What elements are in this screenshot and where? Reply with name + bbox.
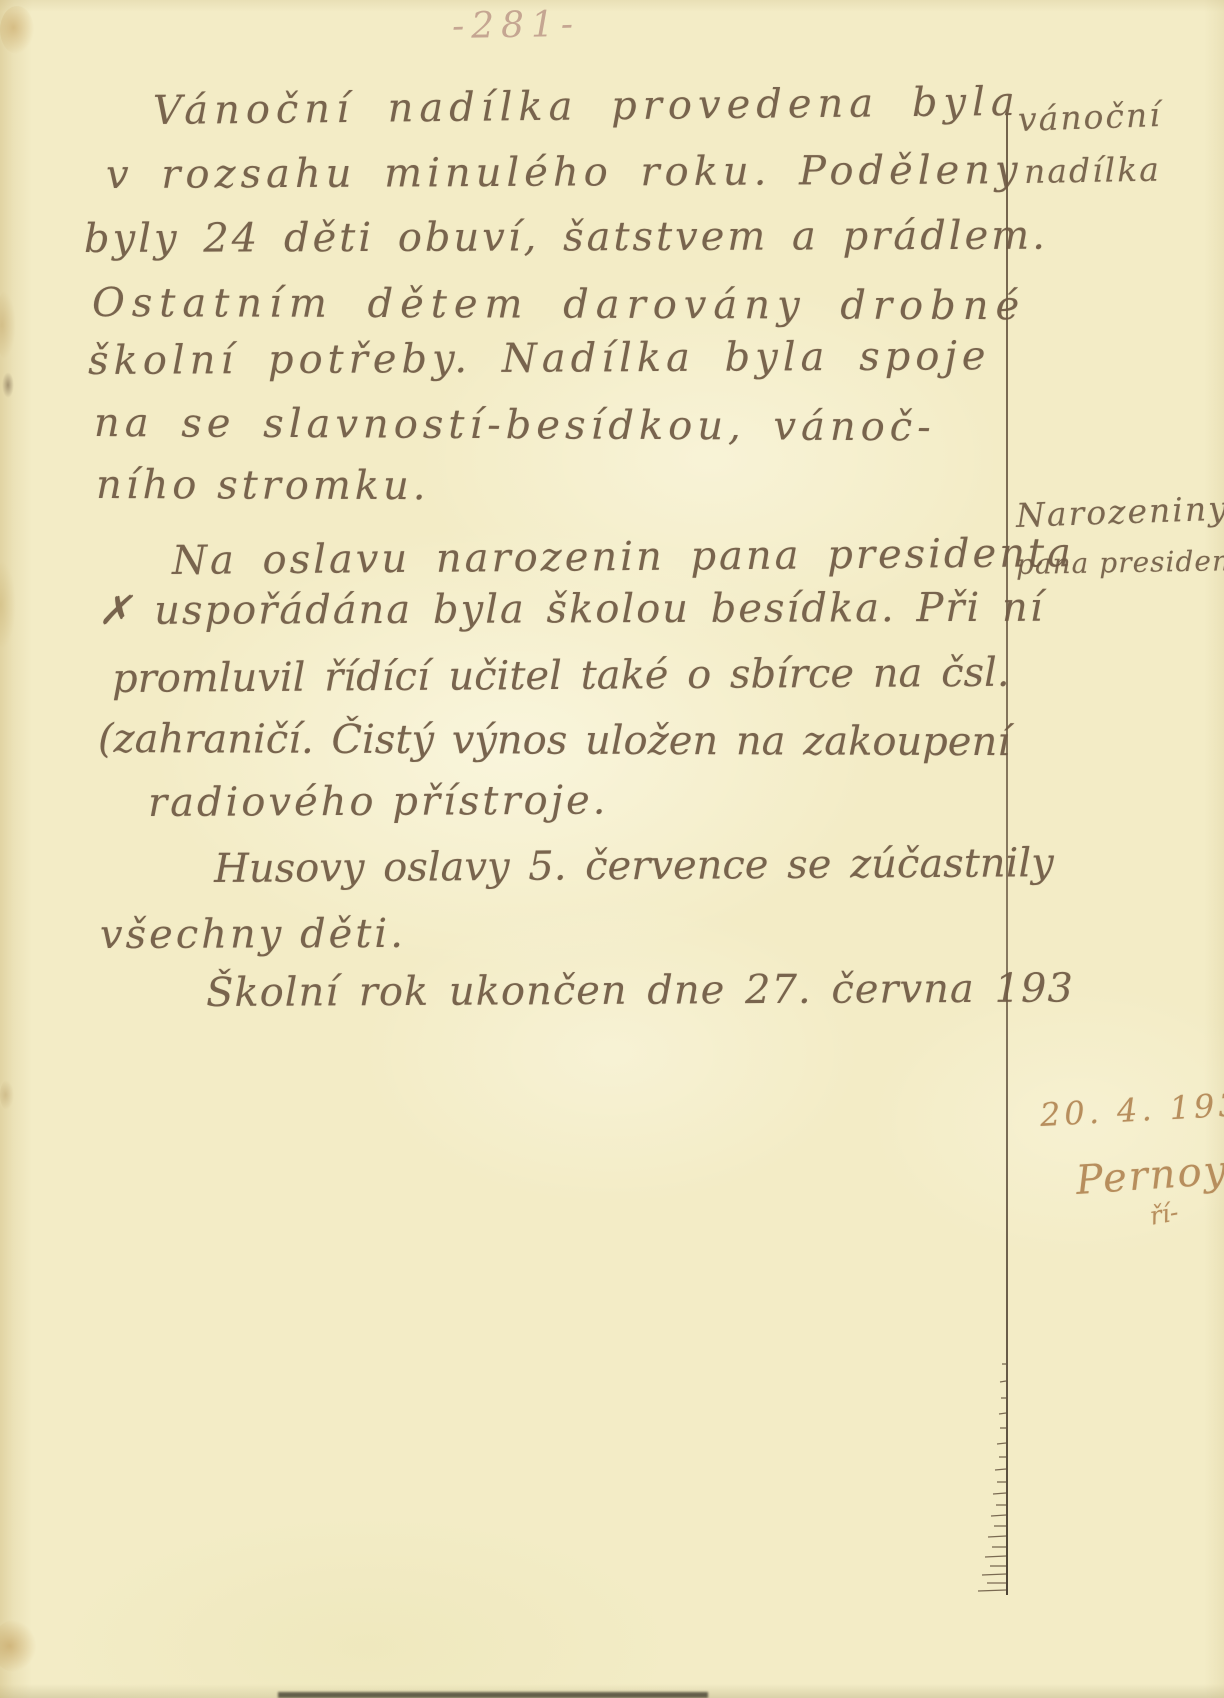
margin-note-narozeniny-line1: Narozeniny — [1015, 489, 1224, 535]
paper-stain — [0, 1080, 14, 1110]
body-line-5: školní potřeby. Nadílka byla spoje — [88, 333, 991, 384]
paper-stain — [2, 372, 14, 398]
margin-note-vanocni-line2: nadílka — [1024, 150, 1162, 191]
body-line-12: radiového přístroje. — [148, 778, 609, 826]
body-line-10: promluvil řídící učitel také o sbírce na… — [112, 650, 1010, 702]
margin-note-narozeniny-line2: pana presidenta — [1016, 544, 1224, 581]
body-line-13: Husovy oslavy 5. července se zúčastnily — [214, 840, 1054, 892]
body-line-8: Na oslavu narozenin pana presidenta — [172, 530, 1074, 584]
paper-stain — [0, 290, 16, 360]
body-line-14: všechny děti. — [100, 911, 406, 958]
manuscript-page: -281- Vánoční nadílka prove — [0, 0, 1224, 1698]
paper-stain — [0, 1620, 36, 1672]
signature: Pernoy — [1074, 1147, 1224, 1204]
annotation-date: 20. 4. 1938 — [1039, 1084, 1224, 1134]
body-line-1: Vánoční nadílka provedena byla — [153, 79, 1021, 134]
body-line-7: ního stromku. — [96, 462, 430, 509]
bottom-edge-smudge — [278, 1692, 708, 1698]
signature-note: ří- — [1147, 1197, 1180, 1230]
margin-note-vanocni-line1: vánoční — [1017, 95, 1162, 139]
body-line-11: (zahraničí. Čistý výnos uložen na zakoup… — [98, 716, 1010, 765]
body-line-2: v rozsahu minulého roku. Poděleny — [106, 147, 1023, 198]
paper-stain — [0, 6, 34, 54]
body-line-4: Ostatním dětem darovány drobné — [92, 280, 1026, 329]
body-line-9: ✗ uspořádána byla školou besídka. Při ní — [98, 585, 1045, 634]
pen-hatch-marks — [972, 1356, 1008, 1598]
page-number: -281- — [452, 4, 581, 47]
paper-stain — [0, 560, 16, 650]
body-line-6: na se slavností-besídkou, vánoč- — [94, 400, 936, 450]
body-line-15: Školní rok ukončen dne 27. června 193 — [206, 965, 1074, 1016]
body-line-3: byly 24 děti obuví, šatstvem a prádlem. — [84, 213, 1048, 262]
